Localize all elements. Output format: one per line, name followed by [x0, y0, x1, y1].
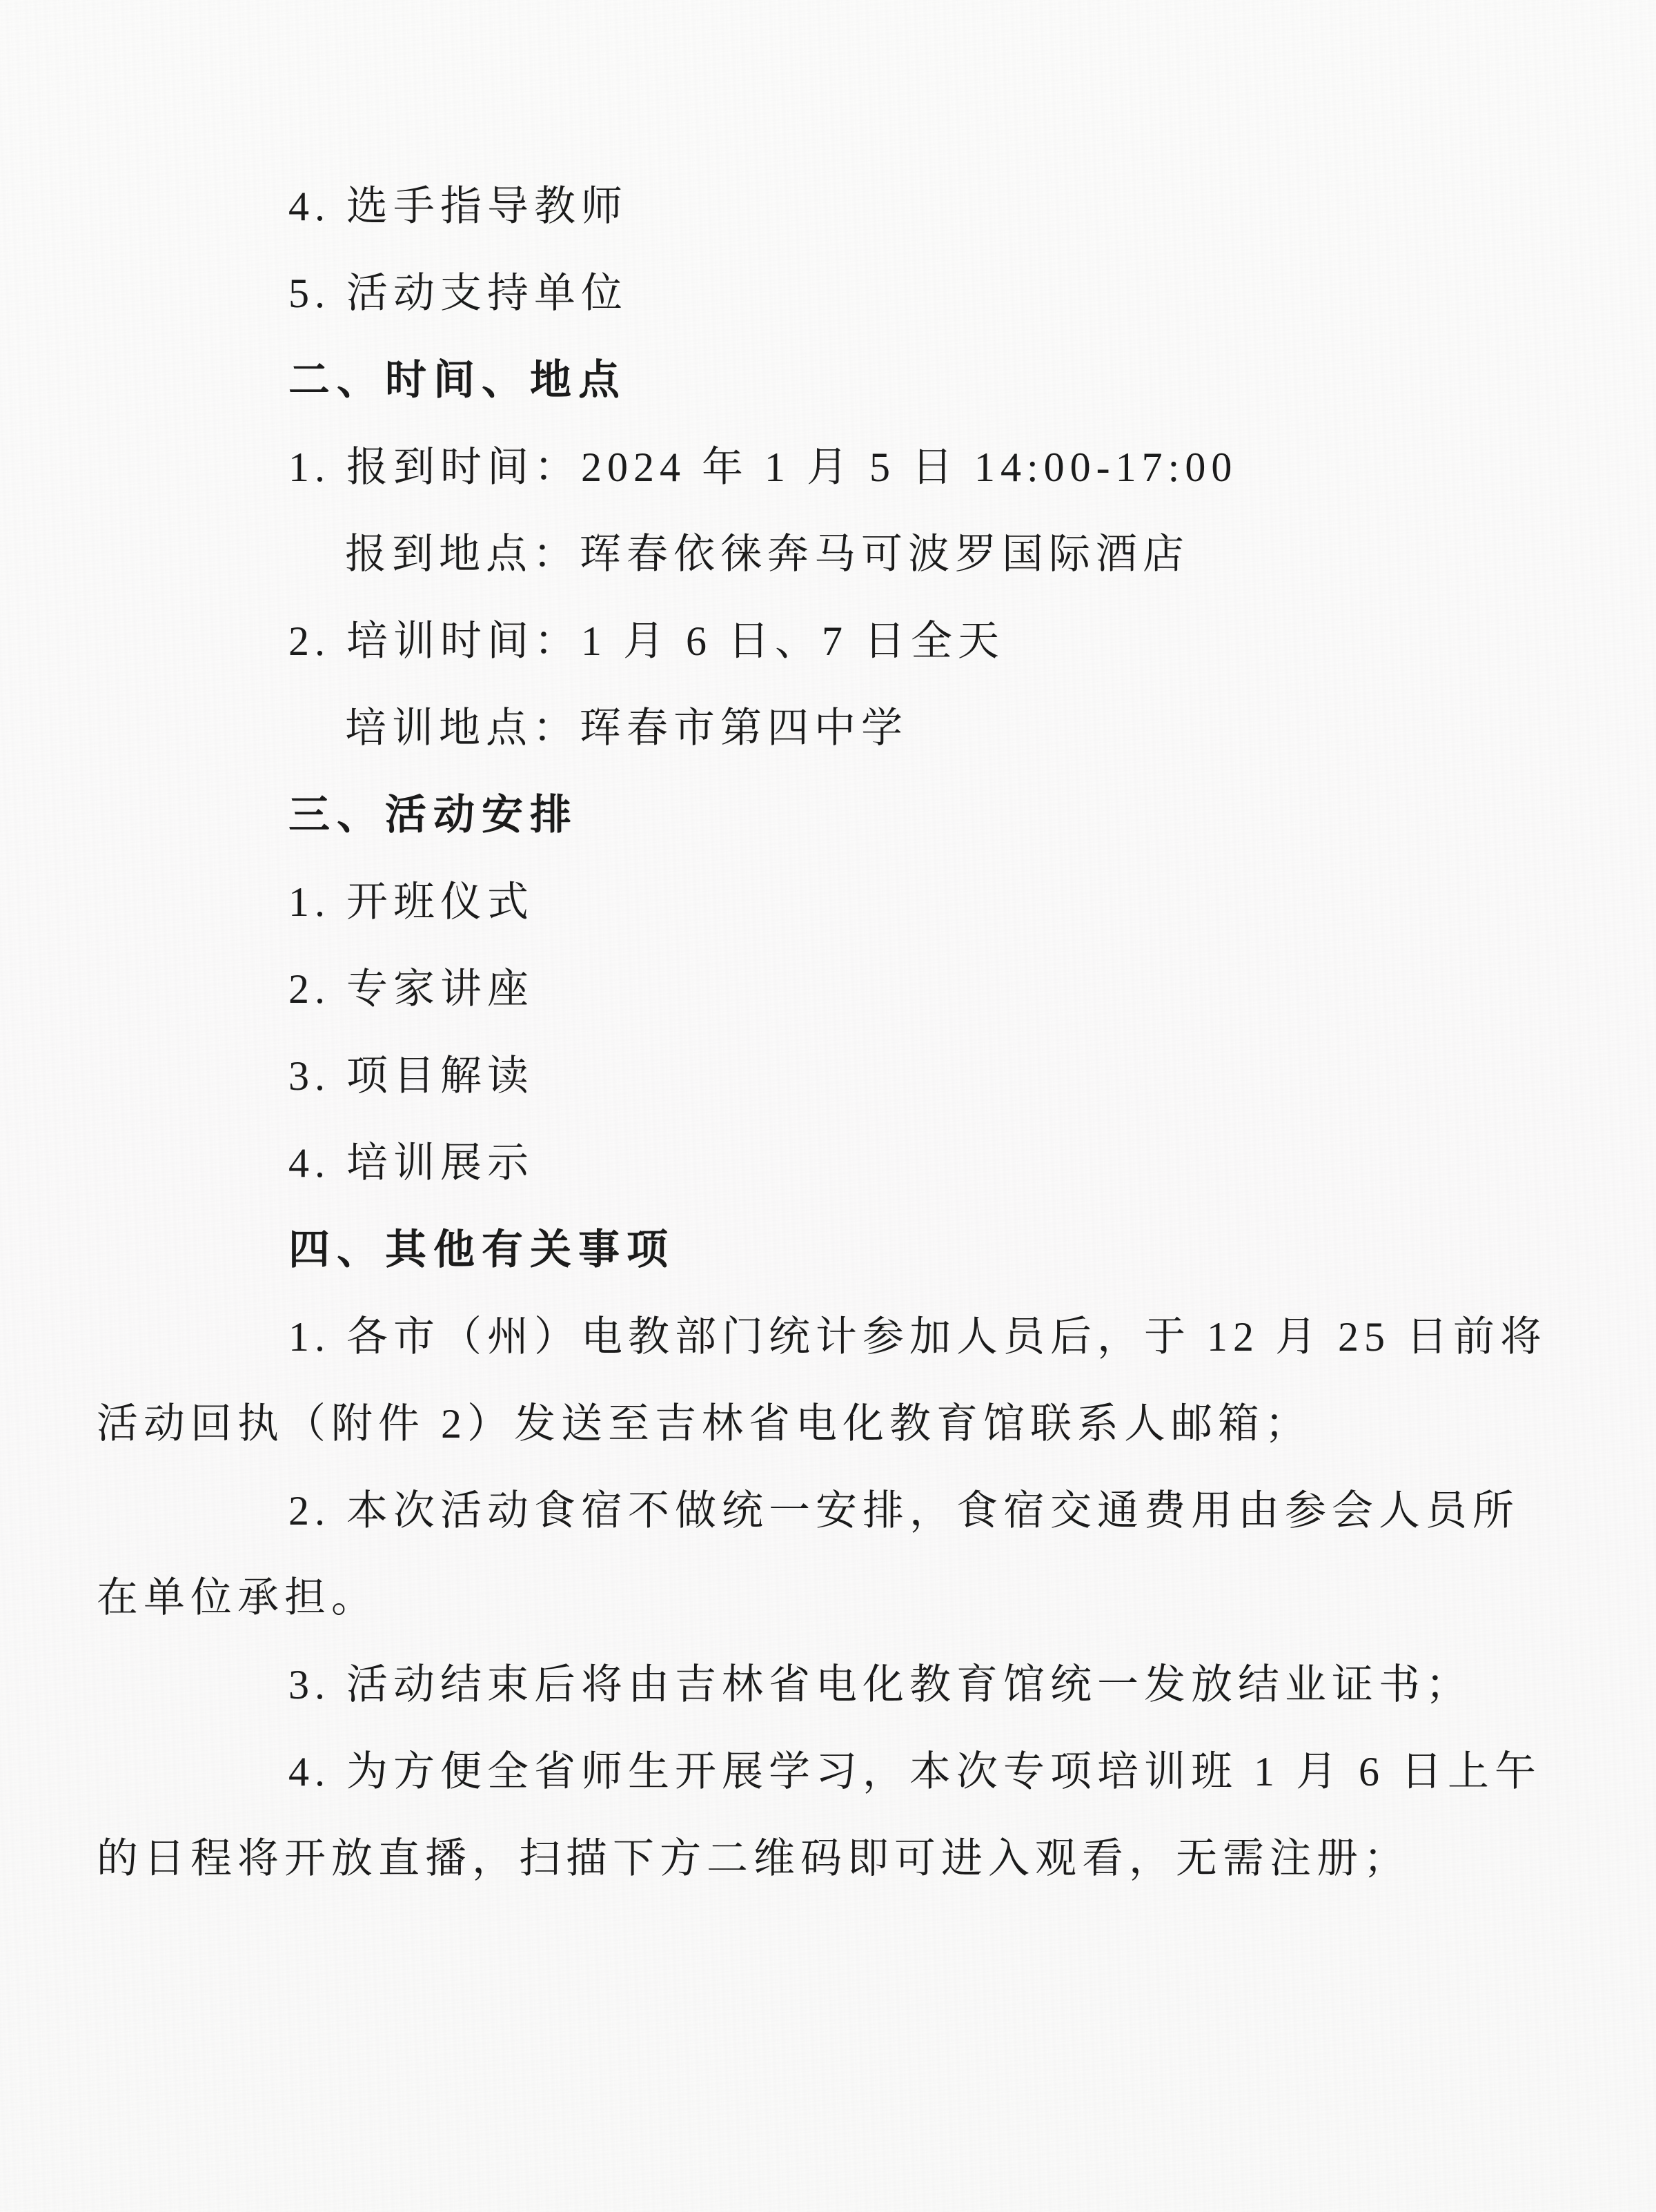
- list-item: 2. 专家讲座: [97, 946, 1559, 1032]
- list-item: 5. 活动支持单位: [97, 250, 1559, 337]
- list-item: 1. 报到时间：2024 年 1 月 5 日 14:00-17:00: [97, 424, 1559, 511]
- section-heading-time-location: 二、时间、地点: [97, 337, 1559, 424]
- list-item: 3. 项目解读: [97, 1032, 1559, 1119]
- list-item: 4. 选手指导教师: [97, 163, 1559, 250]
- list-item-detail: 报到地点：珲春依徕奔马可波罗国际酒店: [97, 511, 1559, 598]
- scanned-document-page: 4. 选手指导教师 5. 活动支持单位 二、时间、地点 1. 报到时间：2024…: [0, 0, 1656, 2212]
- paragraph-line: 在单位承担。: [97, 1554, 1559, 1641]
- paragraph-line: 2. 本次活动食宿不做统一安排，食宿交通费用由参会人员所: [97, 1467, 1559, 1554]
- paragraph-line: 的日程将开放直播，扫描下方二维码即可进入观看，无需注册；: [97, 1815, 1559, 1902]
- paragraph-line: 1. 各市（州）电教部门统计参加人员后，于 12 月 25 日前将: [97, 1293, 1559, 1380]
- list-item-detail: 培训地点：珲春市第四中学: [97, 685, 1559, 772]
- section-heading-other-matters: 四、其他有关事项: [97, 1206, 1559, 1293]
- document-body: 4. 选手指导教师 5. 活动支持单位 二、时间、地点 1. 报到时间：2024…: [97, 163, 1559, 1902]
- list-item: 2. 培训时间：1 月 6 日、7 日全天: [97, 598, 1559, 685]
- list-item: 4. 培训展示: [97, 1119, 1559, 1206]
- section-heading-activity-schedule: 三、活动安排: [97, 772, 1559, 859]
- list-item: 1. 开班仪式: [97, 859, 1559, 946]
- paragraph-line: 活动回执（附件 2）发送至吉林省电化教育馆联系人邮箱；: [97, 1380, 1559, 1467]
- paragraph-line: 4. 为方便全省师生开展学习，本次专项培训班 1 月 6 日上午: [97, 1728, 1559, 1815]
- paragraph-line: 3. 活动结束后将由吉林省电化教育馆统一发放结业证书；: [97, 1641, 1559, 1728]
